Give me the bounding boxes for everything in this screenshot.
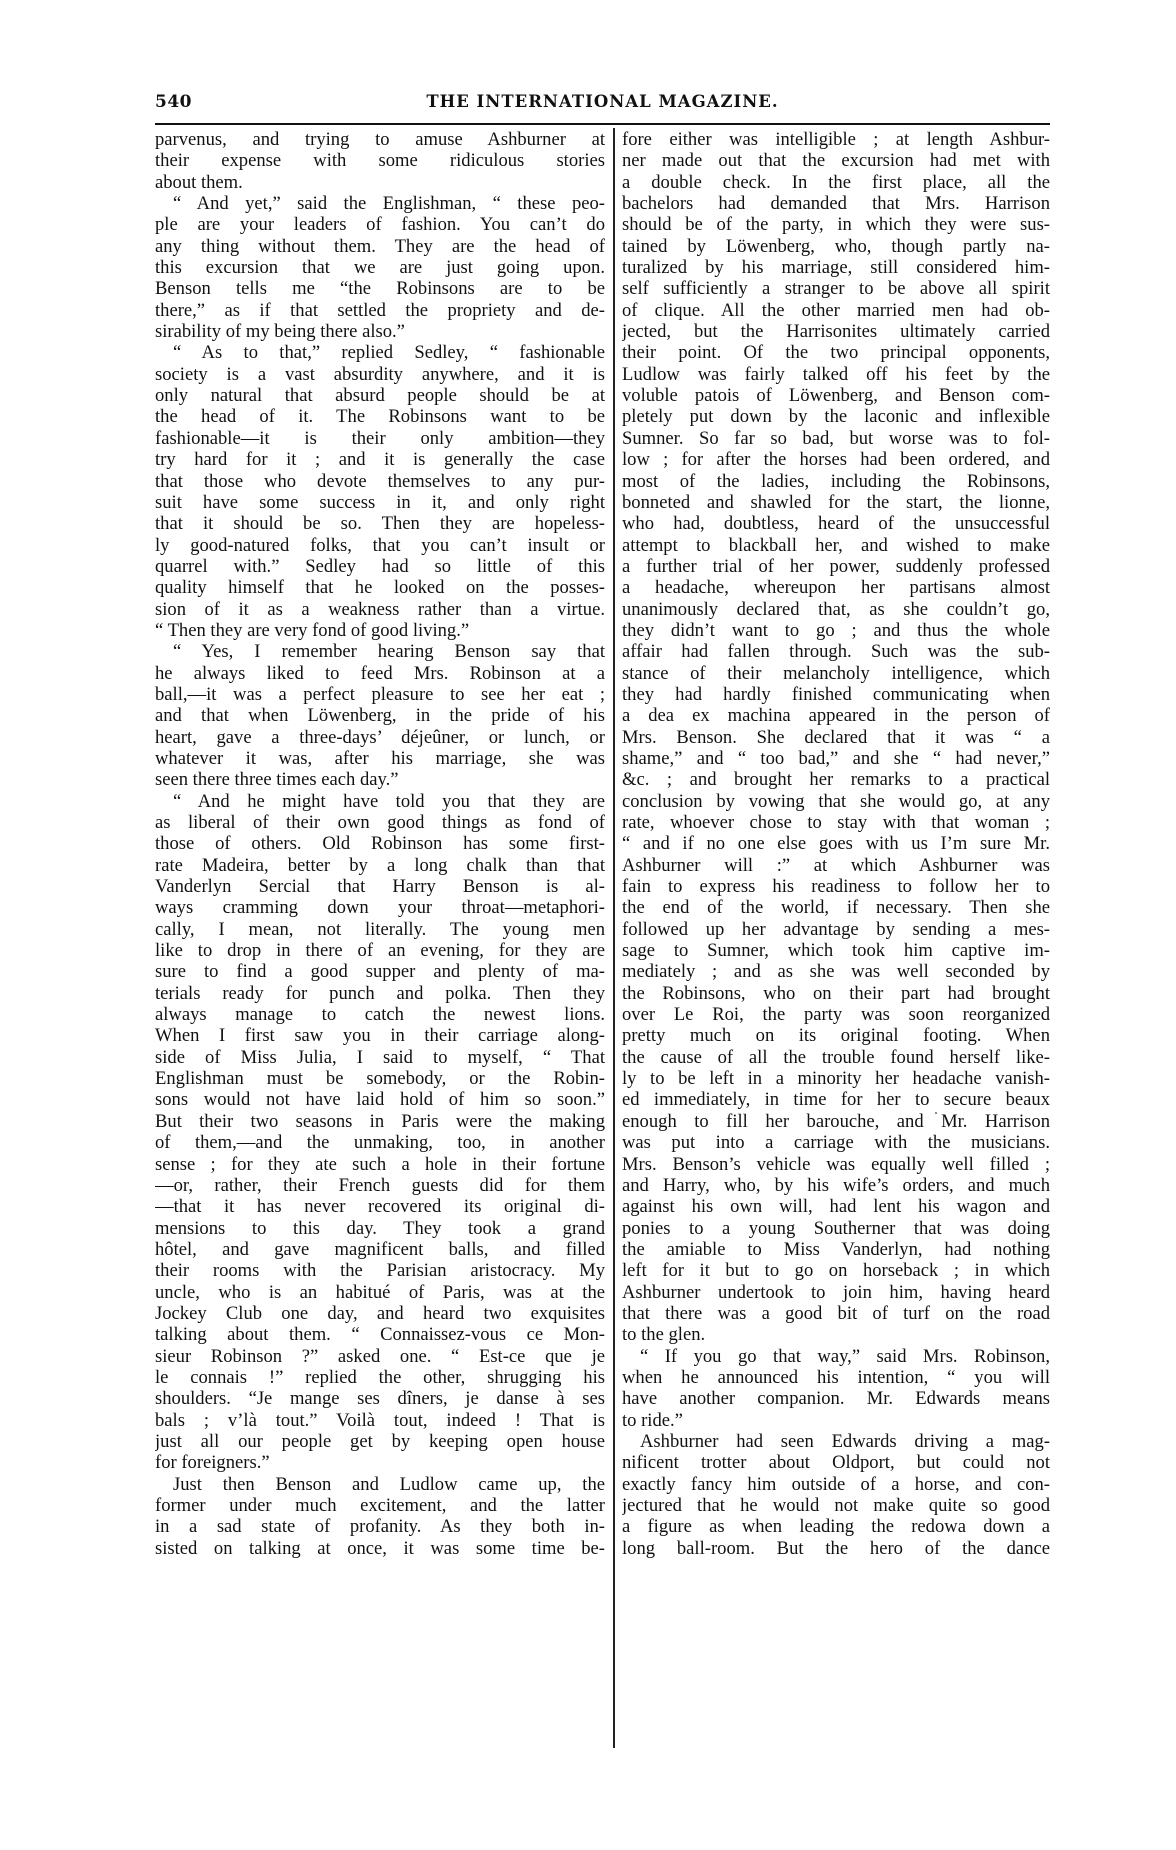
text-line: Jockey Club one day, and heard two exqui… (155, 1303, 605, 1324)
text-line: bals ; v’là tout.” Voilà tout, indeed ! … (155, 1410, 605, 1431)
text-line: their rooms with the Parisian aristocrac… (155, 1260, 605, 1281)
text-line: only natural that absurd people should b… (155, 385, 605, 406)
text-line: ly to be left in a minority her headache… (622, 1068, 1050, 1089)
text-line: in a sad state of profanity. As they bot… (155, 1516, 605, 1537)
text-line: “ If you go that way,” said Mrs. Robinso… (622, 1346, 1050, 1367)
text-line: But their two seasons in Paris were the … (155, 1111, 605, 1132)
text-line: sisted on talking at once, it was some t… (155, 1538, 605, 1559)
text-line: terials ready for punch and polka. Then … (155, 983, 605, 1004)
text-line: sage to Sumner, which took him captive i… (622, 940, 1050, 961)
text-line: Mrs. Benson. She declared that it was “ … (622, 727, 1050, 748)
text-line: always manage to catch the newest lions. (155, 1004, 605, 1025)
text-line: ple are your leaders of fashion. You can… (155, 214, 605, 235)
text-line: quality himself that he looked on the po… (155, 577, 605, 598)
text-line: of clique. All the other married men had… (622, 300, 1050, 321)
text-line: sure to find a good supper and plenty of… (155, 961, 605, 982)
text-line: heart, gave a three-days’ déjeûner, or l… (155, 727, 605, 748)
text-line: left for it but to go on horseback ; in … (622, 1260, 1050, 1281)
right-column: fore either was intelligible ; at length… (622, 129, 1050, 1559)
text-line: —or, rather, their French guests did for… (155, 1175, 605, 1196)
text-line: pretty much on its original footing. Whe… (622, 1025, 1050, 1046)
text-line: ways cramming down your throat—metaphori… (155, 897, 605, 918)
text-line: the amiable to Miss Vanderlyn, had nothi… (622, 1239, 1050, 1260)
text-line: attempt to blackball her, and wished to … (622, 535, 1050, 556)
text-line: to ride.” (622, 1410, 1050, 1431)
text-line: the Robinsons, who on their part had bro… (622, 983, 1050, 1004)
text-line: voluble patois of Löwenberg, and Benson … (622, 385, 1050, 406)
text-line: as liberal of their own good things as f… (155, 812, 605, 833)
text-line: when he announced his intention, “ you w… (622, 1367, 1050, 1388)
text-line: bonneted and shawled for the start, the … (622, 492, 1050, 513)
text-line: suit have some success in it, and only r… (155, 492, 605, 513)
text-line: try hard for it ; and it is generally th… (155, 449, 605, 470)
text-line: bachelors had demanded that Mrs. Harriso… (622, 193, 1050, 214)
text-line: whatever it was, after his marriage, she… (155, 748, 605, 769)
text-line: unanimously declared that, as she couldn… (622, 599, 1050, 620)
text-line: who had, doubtless, heard of the unsucce… (622, 513, 1050, 534)
text-line: have another companion. Mr. Edwards mean… (622, 1388, 1050, 1409)
text-line: “ Yes, I remember hearing Benson say tha… (155, 641, 605, 662)
text-line: the cause of all the trouble found herse… (622, 1047, 1050, 1068)
text-line: Just then Benson and Ludlow came up, the (155, 1474, 605, 1495)
text-line: mensions to this day. They took a grand (155, 1218, 605, 1239)
text-line: that it should be so. Then they are hope… (155, 513, 605, 534)
text-line: society is a vast absurdity anywhere, an… (155, 364, 605, 385)
text-line: against his own will, had lent his wagon… (622, 1196, 1050, 1217)
text-line: conclusion by vowing that she would go, … (622, 791, 1050, 812)
text-line: ponies to a young Southerner that was do… (622, 1218, 1050, 1239)
text-line: a dea ex machina appeared in the person … (622, 705, 1050, 726)
text-line: their point. Of the two principal oppone… (622, 342, 1050, 363)
text-line: ball,—it was a perfect pleasure to see h… (155, 684, 605, 705)
text-line: mediately ; and as she was well seconded… (622, 961, 1050, 982)
text-line: affair had fallen through. Such was the … (622, 641, 1050, 662)
text-line: Ludlow was fairly talked off his feet by… (622, 364, 1050, 385)
text-line: this excursion that we are just going up… (155, 257, 605, 278)
text-line: exactly fancy him outside of a horse, an… (622, 1474, 1050, 1495)
text-line: enough to fill her barouche, and Mr. Har… (622, 1111, 1050, 1132)
text-line: side of Miss Julia, I said to myself, “ … (155, 1047, 605, 1068)
text-line: long ball-room. But the hero of the danc… (622, 1538, 1050, 1559)
text-line: ner made out that the excursion had met … (622, 150, 1050, 171)
text-line: most of the ladies, including the Robins… (622, 471, 1050, 492)
page-header: 540 THE INTERNATIONAL MAGAZINE. (155, 92, 1050, 114)
text-line: “ And he might have told you that they a… (155, 791, 605, 812)
text-line: le connais !” replied the other, shruggi… (155, 1367, 605, 1388)
text-line: turalized by his marriage, still conside… (622, 257, 1050, 278)
text-line: tained by Löwenberg, who, though partly … (622, 236, 1050, 257)
text-line: Ashburner will :” at which Ashburner was (622, 855, 1050, 876)
text-line: ly good-natured folks, that you can’t in… (155, 535, 605, 556)
text-line: ed immediately, in time for her to secur… (622, 1089, 1050, 1110)
text-line: those of others. Old Robinson has some f… (155, 833, 605, 854)
text-line: “ and if no one else goes with us I’m su… (622, 833, 1050, 854)
text-line: sion of it as a weakness rather than a v… (155, 599, 605, 620)
text-line: hôtel, and gave magnificent balls, and f… (155, 1239, 605, 1260)
text-line: just all our people get by keeping open … (155, 1431, 605, 1452)
text-line: &c. ; and brought her remarks to a pract… (622, 769, 1050, 790)
text-line: stance of their melancholy intelligence,… (622, 663, 1050, 684)
text-line: of them,—and the unmaking, too, in anoth… (155, 1132, 605, 1153)
text-line: sirability of my being there also.” (155, 321, 605, 342)
text-line: fashionable—it is their only ambition—th… (155, 428, 605, 449)
text-line: a double check. In the first place, all … (622, 172, 1050, 193)
text-line: like to drop in there of an evening, for… (155, 940, 605, 961)
text-line: to the glen. (622, 1324, 1050, 1345)
running-title: THE INTERNATIONAL MAGAZINE. (155, 92, 1050, 111)
text-line: was put into a carriage with the musicia… (622, 1132, 1050, 1153)
text-line: and Harry, who, by his wife’s orders, an… (622, 1175, 1050, 1196)
text-line: cally, I mean, not literally. The young … (155, 919, 605, 940)
text-line: fain to express his readiness to follow … (622, 876, 1050, 897)
text-line: “ Then they are very fond of good living… (155, 620, 605, 641)
text-line: there,” as if that settled the propriety… (155, 300, 605, 321)
text-line: shoulders. “Je mange ses dîners, je dans… (155, 1388, 605, 1409)
text-line: that those who devote themselves to any … (155, 471, 605, 492)
text-line: they didn’t want to go ; and thus the wh… (622, 620, 1050, 641)
text-line: should be of the party, in which they we… (622, 214, 1050, 235)
text-line: nificent trotter about Oldport, but coul… (622, 1452, 1050, 1473)
text-line: they had hardly finished communicating w… (622, 684, 1050, 705)
text-line: Benson tells me “the Robinsons are to be (155, 278, 605, 299)
text-line: jectured that he would not make quite so… (622, 1495, 1050, 1516)
text-line: pletely put down by the laconic and infl… (622, 406, 1050, 427)
text-line: rate Madeira, better by a long chalk tha… (155, 855, 605, 876)
text-line: “ And yet,” said the Englishman, “ these… (155, 193, 605, 214)
text-line: their expense with some ridiculous stori… (155, 150, 605, 171)
text-line: sons would not have laid hold of him so … (155, 1089, 605, 1110)
text-line: fore either was intelligible ; at length… (622, 129, 1050, 150)
text-line: “ As to that,” replied Sedley, “ fashion… (155, 342, 605, 363)
text-line: for foreigners.” (155, 1452, 605, 1473)
text-line: over Le Roi, the party was soon reorgani… (622, 1004, 1050, 1025)
text-line: the end of the world, if necessary. Then… (622, 897, 1050, 918)
text-line: When I first saw you in their carriage a… (155, 1025, 605, 1046)
text-line: Ashburner undertook to join him, having … (622, 1282, 1050, 1303)
text-line: Ashburner had seen Edwards driving a mag… (622, 1431, 1050, 1452)
text-line: a headache, whereupon her partisans almo… (622, 577, 1050, 598)
text-line: seen there three times each day.” (155, 769, 605, 790)
text-line: a further trial of her power, suddenly p… (622, 556, 1050, 577)
text-line: and that when Löwenberg, in the pride of… (155, 705, 605, 726)
text-line: any thing without them. They are the hea… (155, 236, 605, 257)
left-column: parvenus, and trying to amuse Ashburner … (155, 129, 605, 1559)
text-line: followed up her advantage by sending a m… (622, 919, 1050, 940)
text-line: jected, but the Harrisonites ultimately … (622, 321, 1050, 342)
text-line: talking about them. “ Connaissez-vous ce… (155, 1324, 605, 1345)
text-line: rate, whoever chose to stay with that wo… (622, 812, 1050, 833)
text-line: —that it has never recovered its origina… (155, 1196, 605, 1217)
text-line: a figure as when leading the redowa down… (622, 1516, 1050, 1537)
column-divider (613, 128, 615, 1748)
text-line: about them. (155, 172, 605, 193)
text-line: sense ; for they ate such a hole in thei… (155, 1154, 605, 1175)
text-line: that there was a good bit of turf on the… (622, 1303, 1050, 1324)
text-line: Sumner. So far so bad, but worse was to … (622, 428, 1050, 449)
text-line: former under much excitement, and the la… (155, 1495, 605, 1516)
text-line: uncle, who is an habitué of Paris, was a… (155, 1282, 605, 1303)
text-line: Englishman must be somebody, or the Robi… (155, 1068, 605, 1089)
text-line: parvenus, and trying to amuse Ashburner … (155, 129, 605, 150)
scan-speck (935, 1112, 937, 1114)
text-line: the head of it. The Robinsons want to be (155, 406, 605, 427)
text-line: quarrel with.” Sedley had so little of t… (155, 556, 605, 577)
text-line: self sufficiently a stranger to be above… (622, 278, 1050, 299)
header-rule (155, 123, 1050, 125)
text-line: Vanderlyn Sercial that Harry Benson is a… (155, 876, 605, 897)
text-line: Mrs. Benson’s vehicle was equally well f… (622, 1154, 1050, 1175)
text-line: low ; for after the horses had been orde… (622, 449, 1050, 470)
text-line: sieur Robinson ?” asked one. “ Est-ce qu… (155, 1346, 605, 1367)
text-line: shame,” and “ too bad,” and she “ had ne… (622, 748, 1050, 769)
text-line: he always liked to feed Mrs. Robinson at… (155, 663, 605, 684)
